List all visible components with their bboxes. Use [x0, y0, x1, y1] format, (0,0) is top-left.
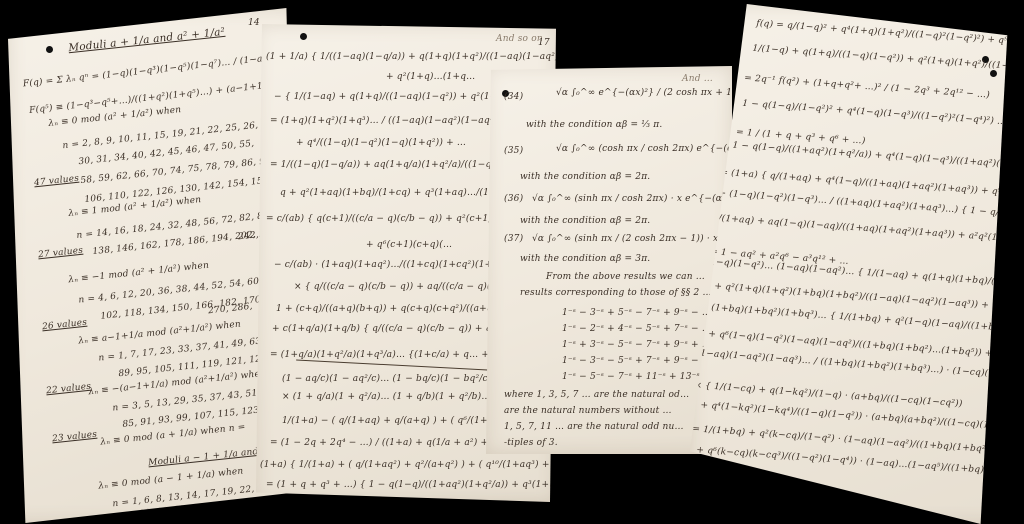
equation-number: (35) [504, 146, 523, 156]
manuscript-page-1: Moduli a + 1/a and a² + 1/a² 14 F(q) = Σ… [8, 8, 298, 523]
text-line: 1, 5, 7, 11 … are the natural odd nu… [504, 422, 684, 432]
equation-number: (36) [504, 194, 523, 204]
margin-count-label: 47 values [34, 174, 80, 189]
equation-line: + q²(1+q)…(1+q… [386, 72, 475, 82]
page-heading: Moduli a + 1/a and a² + 1/a² [68, 26, 226, 54]
equation-line: (1+a) { 1/(1+a) + ( q/(1+aq²) + q²/(a+q²… [260, 460, 556, 470]
series-line: 1⁻ˢ − 5⁻ˢ − 7⁻ˢ + 11⁻ˢ + 13⁻ˢ − … [562, 372, 723, 382]
equation-line: = 2q⁻¹ f(q²) + (1+q+q²+ …)² / (1 − 2q³ +… [744, 73, 990, 100]
punch-hole [46, 46, 53, 53]
condition-line: with the condition αβ = ⅓ π. [526, 120, 662, 130]
equation-line: √α ∫₀^∞ (cosh πx / cosh 2πx) e^{−(αx)²} … [556, 144, 732, 154]
condition-line: with the condition αβ = 2π. [520, 172, 650, 182]
page-note: And so on [496, 34, 543, 44]
condition-line: with the condition αβ = 2π. [520, 216, 650, 226]
manuscript-page-4: f(q) = q/(1−q)² + q⁴(1+q)(1+q²)/((1−q)²(… [690, 4, 1024, 524]
page-number: 14 [248, 18, 260, 28]
punch-hole [300, 33, 307, 40]
series-line: 1⁻ˢ + 3⁻ˢ − 5⁻ˢ − 7⁻ˢ + 9⁻ˢ + … [562, 340, 711, 350]
page-note: And … [682, 74, 713, 84]
equation-line: √α ∫₀^∞ (sinh πx / (2 cosh 2πx − 1)) · x… [532, 234, 732, 244]
page-number: 17 [538, 38, 550, 48]
series-line: 1⁻ˢ − 2⁻ˢ + 4⁻ˢ − 5⁻ˢ + 7⁻ˢ − … [562, 324, 711, 334]
equation-line: = (1+q/a)(1+q²/a)(1+q³/a)… {(1+c/a) + q…… [270, 350, 515, 360]
text-line: From the above results we can … [546, 272, 705, 282]
equation-line: λₙ ≡ −1 mod (a² + 1/a²) when [68, 261, 210, 286]
equation-line: + q⁴/((1−q)(1−q²)(1−q)(1+q²)) + … [296, 138, 466, 148]
text-line: are the natural numbers without … [504, 406, 672, 416]
equation-line: f(q) = q/(1−q)² + q⁴(1+q)(1+q²)/((1−q)²(… [756, 19, 1021, 47]
equation-line: 1/(1+aq) + aq(1−q)(1−aq)/((1+aq)(1+aq²)(… [712, 213, 1024, 252]
equation-line: (1 − aq/c)(1 − aq²/c)… (1 − bq/c)(1 − bq… [282, 374, 501, 384]
equation-number: (34) [504, 92, 523, 102]
equation-line: = (1 + q + q³ + …) { 1 − q(1−q)/((1+aq²)… [266, 480, 556, 490]
text-line: where 1, 3, 5, 7 … are the natural od… [504, 390, 689, 400]
margin-count-label: 23 values [52, 430, 98, 445]
equation-line: q + q²(1+aq)(1+bq)/(1+cq) + q³(1+aq)…/(1… [280, 188, 521, 198]
condition-line: with the condition αβ = 3π. [520, 254, 650, 264]
series-line: 1⁻ˢ − 3⁻ˢ − 5⁻ˢ + 7⁻ˢ + 9⁻ˢ − … [562, 356, 711, 366]
equation-line: × (1 + q/a)(1 + q²/a)… (1 + q/b)(1 + q²/… [282, 392, 491, 402]
text-line: -tiples of 3. [504, 438, 558, 448]
margin-count-label: 22 values [46, 382, 92, 397]
equation-line: (1 + 1/a) { 1/((1−aq)(1−q/a)) + q(1+q)(1… [266, 52, 556, 62]
equation-line: 1 − q(1−q)/(1−q²)² + q⁴(1−q)(1−q³)/((1−q… [742, 99, 1007, 127]
series-line: 1⁻ˢ − 3⁻ˢ + 5⁻ˢ − 7⁻ˢ + 9⁻ˢ − … [562, 308, 711, 318]
margin-count-label: 26 values [42, 318, 88, 333]
margin-count-label: 27 values [38, 246, 84, 261]
equation-line: 1/(1−q) + q(1+q)/((1−q)(1−q²)) + q²(1+q)… [752, 44, 1024, 79]
punch-hole [990, 70, 997, 77]
equation-line: √α ∫₀^∞ (sinh πx / cosh 2πx) · x e^{−(αx… [532, 194, 732, 204]
equation-line: + q⁶(c+1)(c+q)(… [366, 240, 452, 250]
equation-line: √α ∫₀^∞ e^{−(αx)²} / (2 cosh πx + 1) dx … [556, 88, 732, 98]
section-heading: Moduli a − 1 + 1/a and … [148, 446, 271, 469]
equation-number: (37) [504, 234, 523, 244]
manuscript-page-3: And … (34) √α ∫₀^∞ e^{−(αx)²} / (2 cosh … [486, 66, 732, 454]
text-line: results corresponding to those of §§ 2 … [520, 288, 712, 298]
